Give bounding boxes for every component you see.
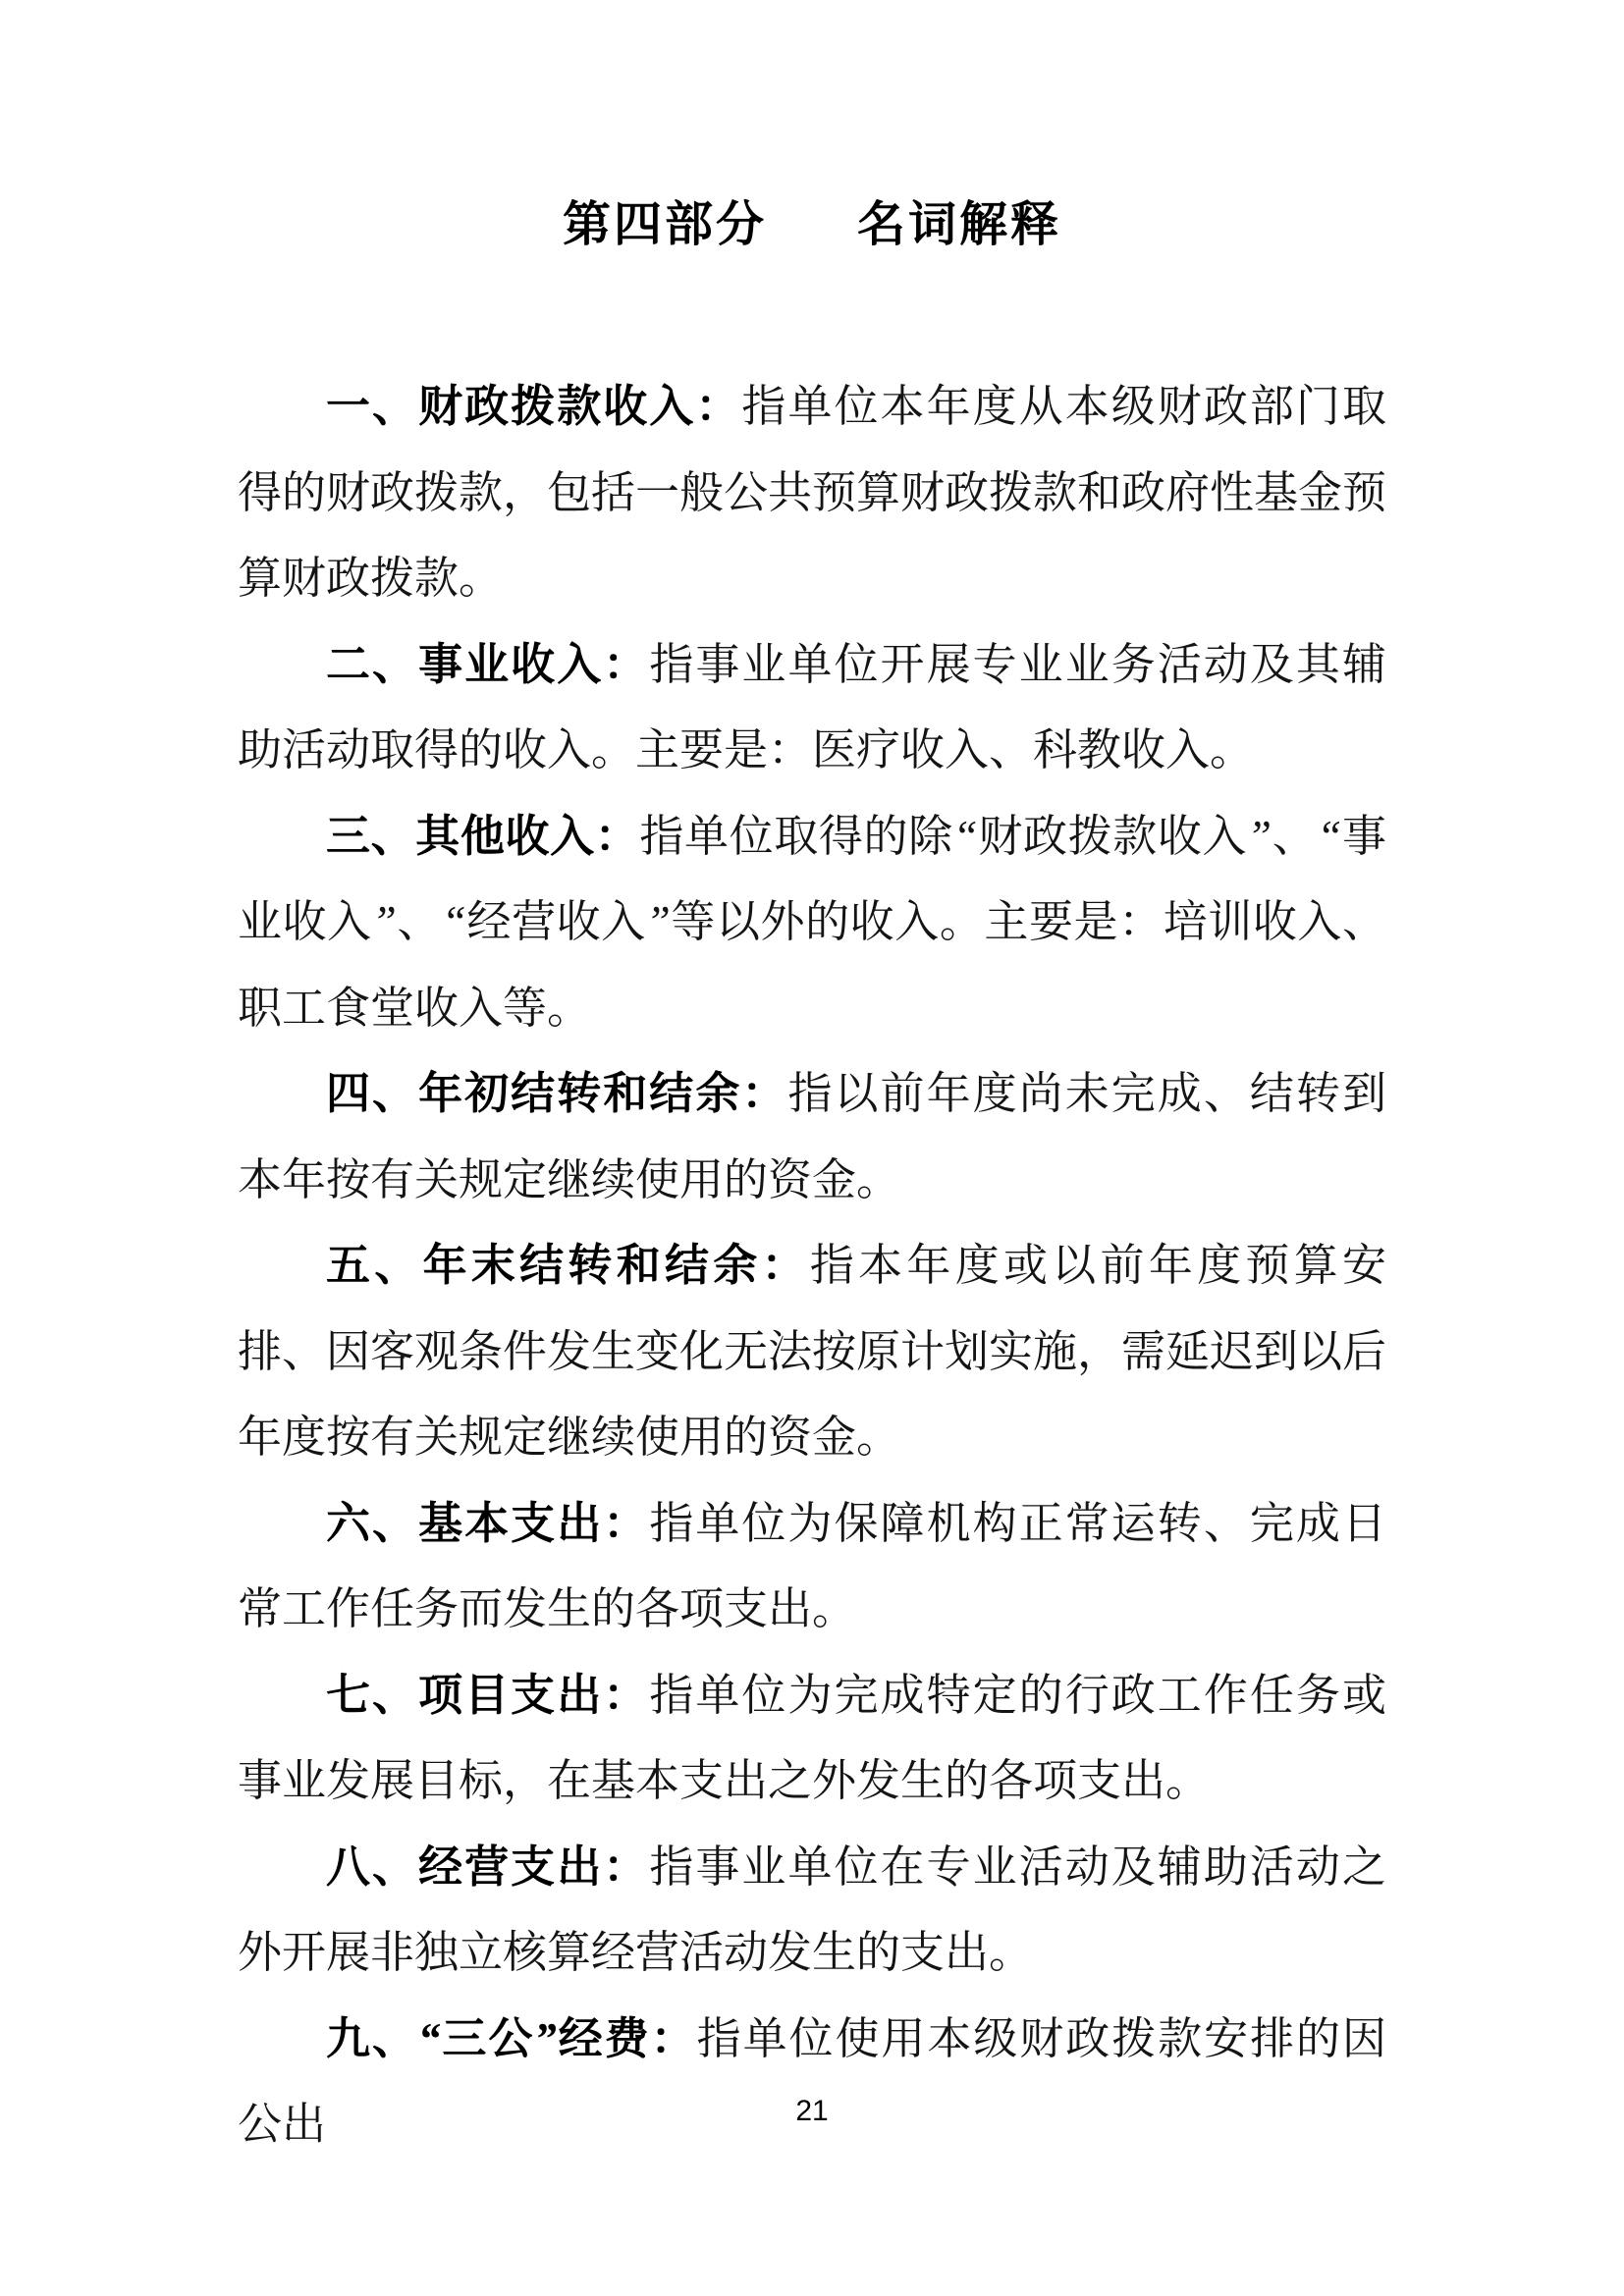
term-label: 一、财政拨款收入：	[326, 382, 741, 431]
definition-paragraph: 八、经营支出：指事业单位在专业活动及辅助活动之外开展非独立核算经营活动发生的支出…	[238, 1825, 1386, 1997]
definition-paragraph: 三、其他收入：指单位取得的除“财政拨款收入”、“事业收入”、“经营收入”等以外的…	[238, 794, 1386, 1052]
page-title: 第四部分名词解释	[0, 194, 1624, 255]
page-title-part: 第四部分	[563, 198, 767, 251]
glossary-body: 一、财政拨款收入：指单位本年度从本级财政部门取得的财政拨款，包括一般公共预算财政…	[238, 364, 1386, 2168]
definition-paragraph: 九、“三公”经费：指单位使用本级财政拨款安排的因公出	[238, 1997, 1386, 2168]
document-page: 第四部分名词解释 一、财政拨款收入：指单位本年度从本级财政部门取得的财政拨款，包…	[0, 0, 1624, 2296]
definition-paragraph: 二、事业收入：指事业单位开展专业业务活动及其辅助活动取得的收入。主要是：医疗收入…	[238, 622, 1386, 794]
term-label: 六、基本支出：	[326, 1499, 649, 1548]
definition-paragraph: 七、项目支出：指单位为完成特定的行政工作任务或事业发展目标，在基本支出之外发生的…	[238, 1653, 1386, 1825]
definition-paragraph: 六、基本支出：指单位为保障机构正常运转、完成日常工作任务而发生的各项支出。	[238, 1481, 1386, 1653]
page-title-name: 名词解释	[857, 198, 1061, 251]
term-label: 二、事业收入：	[326, 640, 649, 689]
term-label: 三、其他收入：	[326, 812, 639, 861]
page-number: 21	[0, 2095, 1624, 2128]
term-label: 七、项目支出：	[326, 1671, 649, 1720]
term-label: 四、年初结转和结余：	[326, 1069, 787, 1118]
term-label: 九、“三公”经费：	[326, 2014, 697, 2063]
definition-paragraph: 四、年初结转和结余：指以前年度尚未完成、结转到本年按有关规定继续使用的资金。	[238, 1051, 1386, 1223]
term-label: 八、经营支出：	[326, 1842, 649, 1892]
term-label: 五、年末结转和结余：	[326, 1241, 810, 1290]
definition-paragraph: 五、年末结转和结余：指本年度或以前年度预算安排、因客观条件发生变化无法按原计划实…	[238, 1223, 1386, 1481]
definition-paragraph: 一、财政拨款收入：指单位本年度从本级财政部门取得的财政拨款，包括一般公共预算财政…	[238, 364, 1386, 622]
